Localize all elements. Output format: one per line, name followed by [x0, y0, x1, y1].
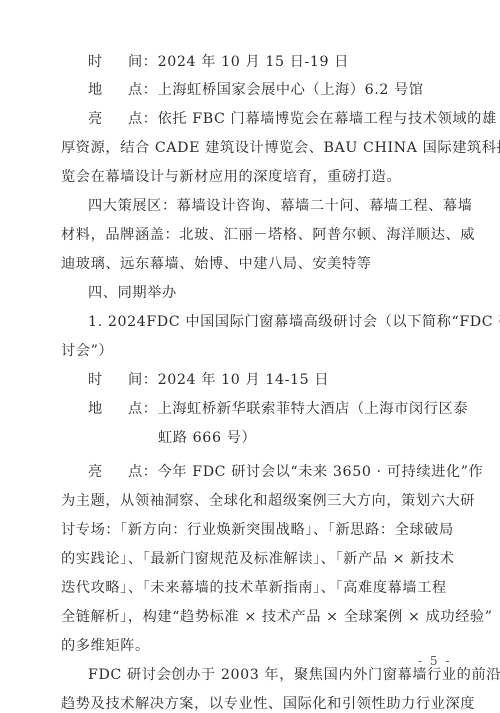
time-label: 时	[88, 370, 128, 390]
subsection-title-line1: 1. 2024FDC 中国国际门窗幕墙高级研讨会（以下简称“FDC 研	[88, 312, 500, 332]
page-number: - 5 -	[418, 654, 451, 668]
expo-highlight-text: 依托 FBC 门幕墙博览会在幕墙工程与技术领域的雄	[158, 109, 497, 129]
fdc-highlight-line4: 的实践论」、「最新门窗规范及标准解读」、「新产品 × 新技术	[61, 549, 455, 569]
time-label-2: 间：	[128, 52, 158, 72]
fdc-place-value: 上海虹桥新华联索菲特大酒店（上海市闵行区泰	[158, 399, 469, 419]
expo-highlight-line2: 厚资源，结合 CADE 建筑设计博览会、BAU CHINA 国际建筑科技博	[61, 138, 500, 158]
expo-zones-line2: 材料，品牌涵盖：北玻、汇丽－塔格、阿普尔顿、海洋顺达、威	[61, 225, 475, 245]
fdc-time-row: 时 间： 2024 年 10 月 14-15 日	[88, 370, 329, 390]
fdc-highlight-row: 亮 点： 今年 FDC 研讨会以“未来 3650 · 可持续进化”作	[88, 462, 483, 482]
highlight-label-2: 点：	[128, 462, 158, 482]
expo-highlight-row: 亮 点： 依托 FBC 门幕墙博览会在幕墙工程与技术领域的雄	[88, 109, 497, 129]
highlight-label: 亮	[88, 462, 128, 482]
fdc-place-row: 地 点： 上海虹桥新华联索菲特大酒店（上海市闵行区泰	[88, 399, 468, 419]
expo-place-row: 地 点： 上海虹桥国家会展中心（上海）6.2 号馆	[88, 80, 424, 100]
section-heading: 四、同期举办	[88, 283, 177, 303]
time-label: 时	[88, 52, 128, 72]
expo-time-value: 2024 年 10 月 15 日-19 日	[158, 52, 349, 72]
fdc-highlight-line7: 的多维矩阵。	[61, 636, 150, 656]
fdc-highlight-line6: 全链解析」，构建“趋势标准 × 技术产品 × 全球案例 × 成功经验”	[61, 607, 493, 627]
highlight-label: 亮	[88, 109, 128, 129]
place-label: 地	[88, 80, 128, 100]
time-label-2: 间：	[128, 370, 158, 390]
expo-zones-line1: 四大策展区：幕墙设计咨询、幕墙二十问、幕墙工程、幕墙	[88, 196, 472, 216]
place-label: 地	[88, 399, 128, 419]
expo-highlight-line3: 览会在幕墙设计与新材应用的深度培育，重磅打造。	[61, 167, 401, 187]
expo-time-row: 时 间： 2024 年 10 月 15 日-19 日	[88, 52, 349, 72]
fdc-highlight-line3: 讨专场：「新方向：行业焕新突围战略」、「新思路：全球破局	[61, 520, 454, 540]
place-label-2: 点：	[128, 80, 158, 100]
fdc-intro-line2: 趋势及技术解决方案，以专业性、国际化和引领性助力行业深度	[61, 694, 475, 713]
expo-zones-line3: 迪玻璃、远东幕墙、始博、中建八局、安美特等	[61, 254, 372, 274]
fdc-place-line2: 虹路 666 号）	[158, 428, 256, 448]
fdc-highlight-line2: 为主题，从领袖洞察、全球化和超级案例三大方向，策划六大研	[61, 491, 475, 511]
fdc-intro-line1: FDC 研讨会创办于 2003 年，聚焦国内外门窗幕墙行业的前沿	[88, 665, 500, 685]
place-label-2: 点：	[128, 399, 158, 419]
expo-place-value: 上海虹桥国家会展中心（上海）6.2 号馆	[158, 80, 424, 100]
fdc-highlight-text: 今年 FDC 研讨会以“未来 3650 · 可持续进化”作	[158, 462, 484, 482]
fdc-highlight-line5: 迭代攻略」、「未来幕墙的技术革新指南」、「高难度幕墙工程	[61, 578, 447, 598]
subsection-title-line2: 讨会”）	[61, 341, 113, 361]
fdc-time-value: 2024 年 10 月 14-15 日	[158, 370, 330, 390]
highlight-label-2: 点：	[128, 109, 158, 129]
